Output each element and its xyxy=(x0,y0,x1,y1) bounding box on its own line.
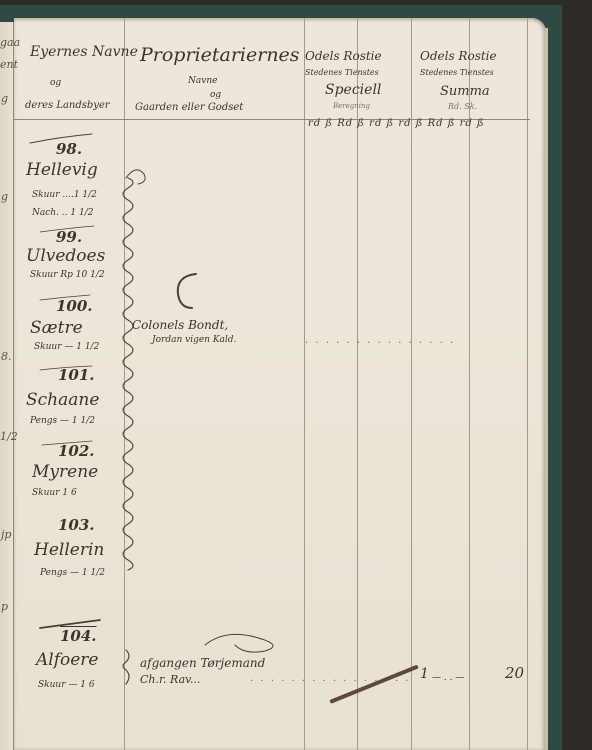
dash-separator: — . . — xyxy=(432,673,464,683)
total-value-1: 1 xyxy=(420,666,429,682)
proprietor-note-line1: afgangen Tørjemand xyxy=(140,656,265,670)
proprietor-note-line2: Jordan vigen Kald. xyxy=(152,335,236,345)
proprietor-note-line1: Colonels Bondt, xyxy=(132,318,228,332)
proprietor-note-line2: Ch.r. Rav... xyxy=(140,673,201,686)
pen-strokes xyxy=(0,0,592,750)
leader-dots: . . . . . . . . . . . . . . . xyxy=(305,335,455,346)
total-value-2: 20 xyxy=(505,664,524,682)
